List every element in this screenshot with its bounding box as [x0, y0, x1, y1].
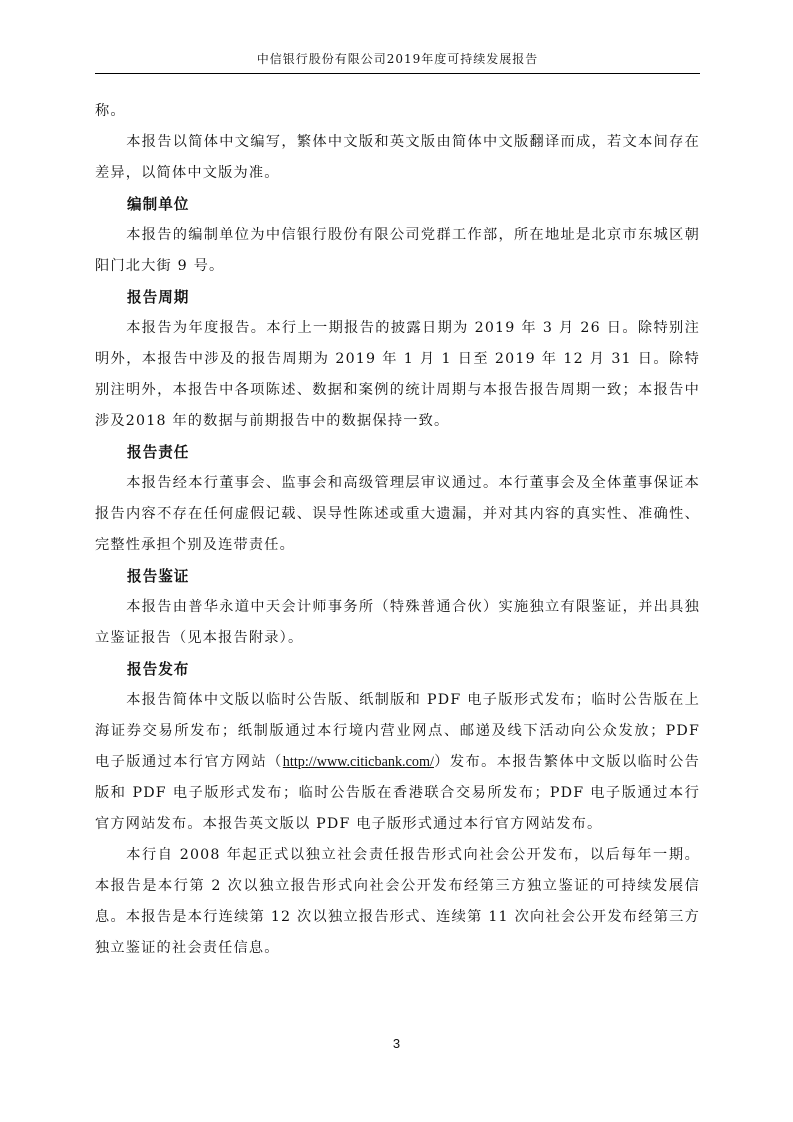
publication-paragraph: 本报告简体中文版以临时公告版、纸制版和 PDF 电子版形式发布；临时公告版在上海…	[95, 685, 700, 840]
section-heading-compiler: 编制单位	[95, 189, 700, 220]
intro-continuation: 称。	[95, 96, 700, 127]
compiler-paragraph: 本报告的编制单位为中信银行股份有限公司党群工作部，所在地址是北京市东城区朝阳门北…	[95, 220, 700, 282]
section-heading-publication: 报告发布	[95, 654, 700, 685]
language-note-paragraph: 本报告以简体中文编写，繁体中文版和英文版由简体中文版翻译而成，若文本间存在差异，…	[95, 127, 700, 189]
history-paragraph: 本行自 2008 年起正式以独立社会责任报告形式向社会公开发布，以后每年一期。本…	[95, 840, 700, 964]
running-header: 中信银行股份有限公司2019年度可持续发展报告	[95, 50, 700, 74]
reporting-period-paragraph: 本报告为年度报告。本行上一期报告的披露日期为 2019 年 3 月 26 日。除…	[95, 313, 700, 437]
page-number: 3	[0, 1036, 793, 1051]
website-link[interactable]: http://www.citicbank.com/	[283, 754, 434, 770]
section-heading-responsibility: 报告责任	[95, 437, 700, 468]
header-title: 中信银行股份有限公司2019年度可持续发展报告	[257, 52, 539, 66]
assurance-paragraph: 本报告由普华永道中天会计师事务所（特殊普通合伙）实施独立有限鉴证，并出具独立鉴证…	[95, 592, 700, 654]
responsibility-paragraph: 本报告经本行董事会、监事会和高级管理层审议通过。本行董事会及全体董事保证本报告内…	[95, 468, 700, 561]
document-body: 称。 本报告以简体中文编写，繁体中文版和英文版由简体中文版翻译而成，若文本间存在…	[95, 96, 700, 964]
section-heading-assurance: 报告鉴证	[95, 561, 700, 592]
section-heading-reporting-period: 报告周期	[95, 282, 700, 313]
